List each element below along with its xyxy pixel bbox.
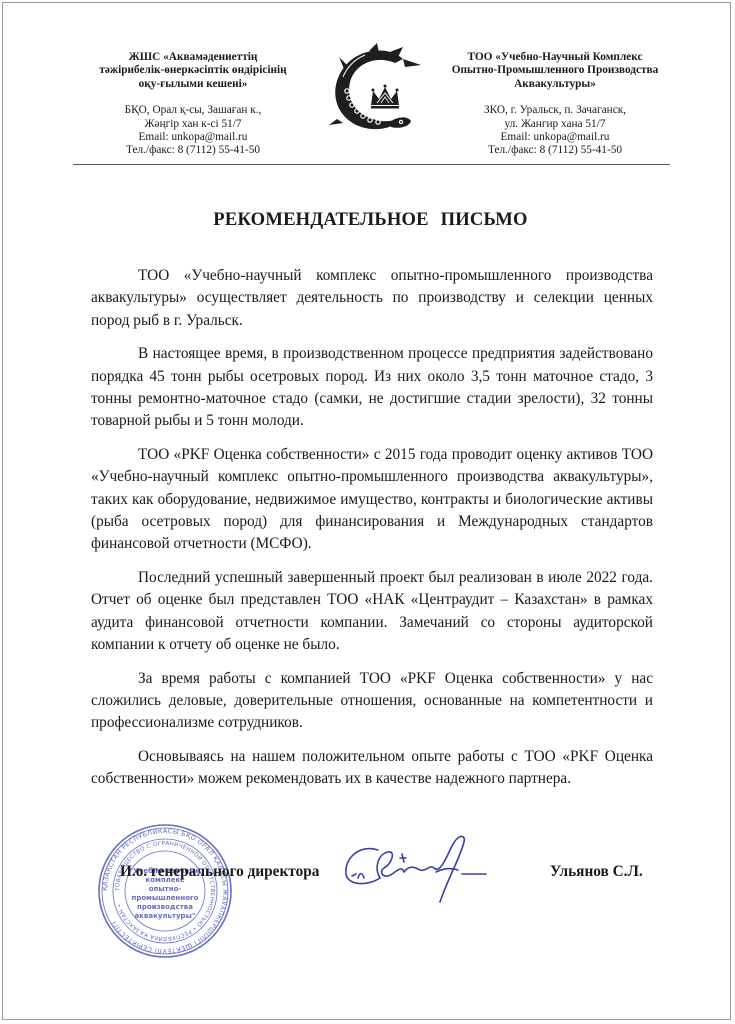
paragraph: За время работы с компанией ТОО «PKF Оце…: [91, 668, 653, 735]
org-name-russian: ТОО «Учебно-Научный Комплекс Опытно-Пром…: [435, 51, 675, 91]
email-line: Email: unkopa@mail.ru: [83, 131, 303, 144]
page-frame: ЖШС «Аквамәдениеттің тәжірибелік-өнеркәс…: [2, 2, 731, 1020]
address-line: ЗКО, г. Уральск, п. Зачаганск,: [435, 104, 675, 117]
address-russian: ЗКО, г. Уральск, п. Зачаганск, ул. Жанги…: [435, 104, 675, 158]
letter-title: РЕКОМЕНДАТЕЛЬНОЕ ПИСЬМО: [3, 209, 735, 231]
sturgeon-crown-logo-icon: [325, 41, 425, 139]
address-kazakh: БҚО, Орал қ-сы, Зашаған к., Жәңгір хан к…: [83, 104, 303, 158]
letter-body: ТОО «Учебно-научный комплекс опытно-пром…: [91, 265, 653, 802]
address-line: БҚО, Орал қ-сы, Зашаған к.,: [83, 104, 303, 117]
header-left-kazakh: ЖШС «Аквамәдениеттің тәжірибелік-өнеркәс…: [83, 51, 303, 158]
svg-text:опытно-: опытно-: [149, 885, 182, 893]
paragraph: ТОО «Учебно-научный комплекс опытно-пром…: [91, 265, 653, 332]
handwritten-signature-icon: [340, 828, 510, 908]
paragraph: Основываясь на нашем положительном опыте…: [91, 746, 653, 791]
paragraph: ТОО «PKF Оценка собственности» с 2015 го…: [91, 444, 653, 555]
header-divider: [73, 164, 670, 165]
signatory-name: Ульянов С.Л.: [550, 863, 643, 881]
svg-text:промышленного: промышленного: [132, 894, 199, 902]
org-name-line: ТОО «Учебно-Научный Комплекс: [435, 51, 675, 64]
signatory-position: И.о. генерального директора: [120, 863, 319, 881]
phone-line: Тел./факс: 8 (7112) 55-41-50: [83, 144, 303, 157]
org-name-line: тәжірибелік-өнеркәсіптік өндірісінің: [83, 64, 303, 77]
address-line: Жәңгір хан к-сі 51/7: [83, 118, 303, 131]
header-right-russian: ТОО «Учебно-Научный Комплекс Опытно-Пром…: [435, 51, 675, 158]
org-name-line: оқу-ғылыми кешені»: [83, 78, 303, 91]
svg-text:производства: производства: [137, 903, 193, 911]
svg-text:аквакультуры": аквакультуры": [134, 912, 195, 920]
address-line: ул. Жангир хана 51/7: [435, 118, 675, 131]
org-name-kazakh: ЖШС «Аквамәдениеттің тәжірибелік-өнеркәс…: [83, 51, 303, 91]
org-name-line: ЖШС «Аквамәдениеттің: [83, 51, 303, 64]
email-line: Email: unkopa@mail.ru: [435, 131, 675, 144]
round-seal-stamp-icon: ҚАЗАҚСТАН РЕСПУБЛИКАСЫ БҚО ОРАЛ ҚАЛАСЫ Ж…: [95, 821, 235, 961]
paragraph: Последний успешный завершенный проект бы…: [91, 567, 653, 656]
org-name-line: Опытно-Промышленного Производства: [435, 64, 675, 77]
org-name-line: Аквакультуры»: [435, 78, 675, 91]
paragraph: В настоящее время, в производственном пр…: [91, 343, 653, 432]
phone-line: Тел./факс: 8 (7112) 55-41-50: [435, 144, 675, 157]
